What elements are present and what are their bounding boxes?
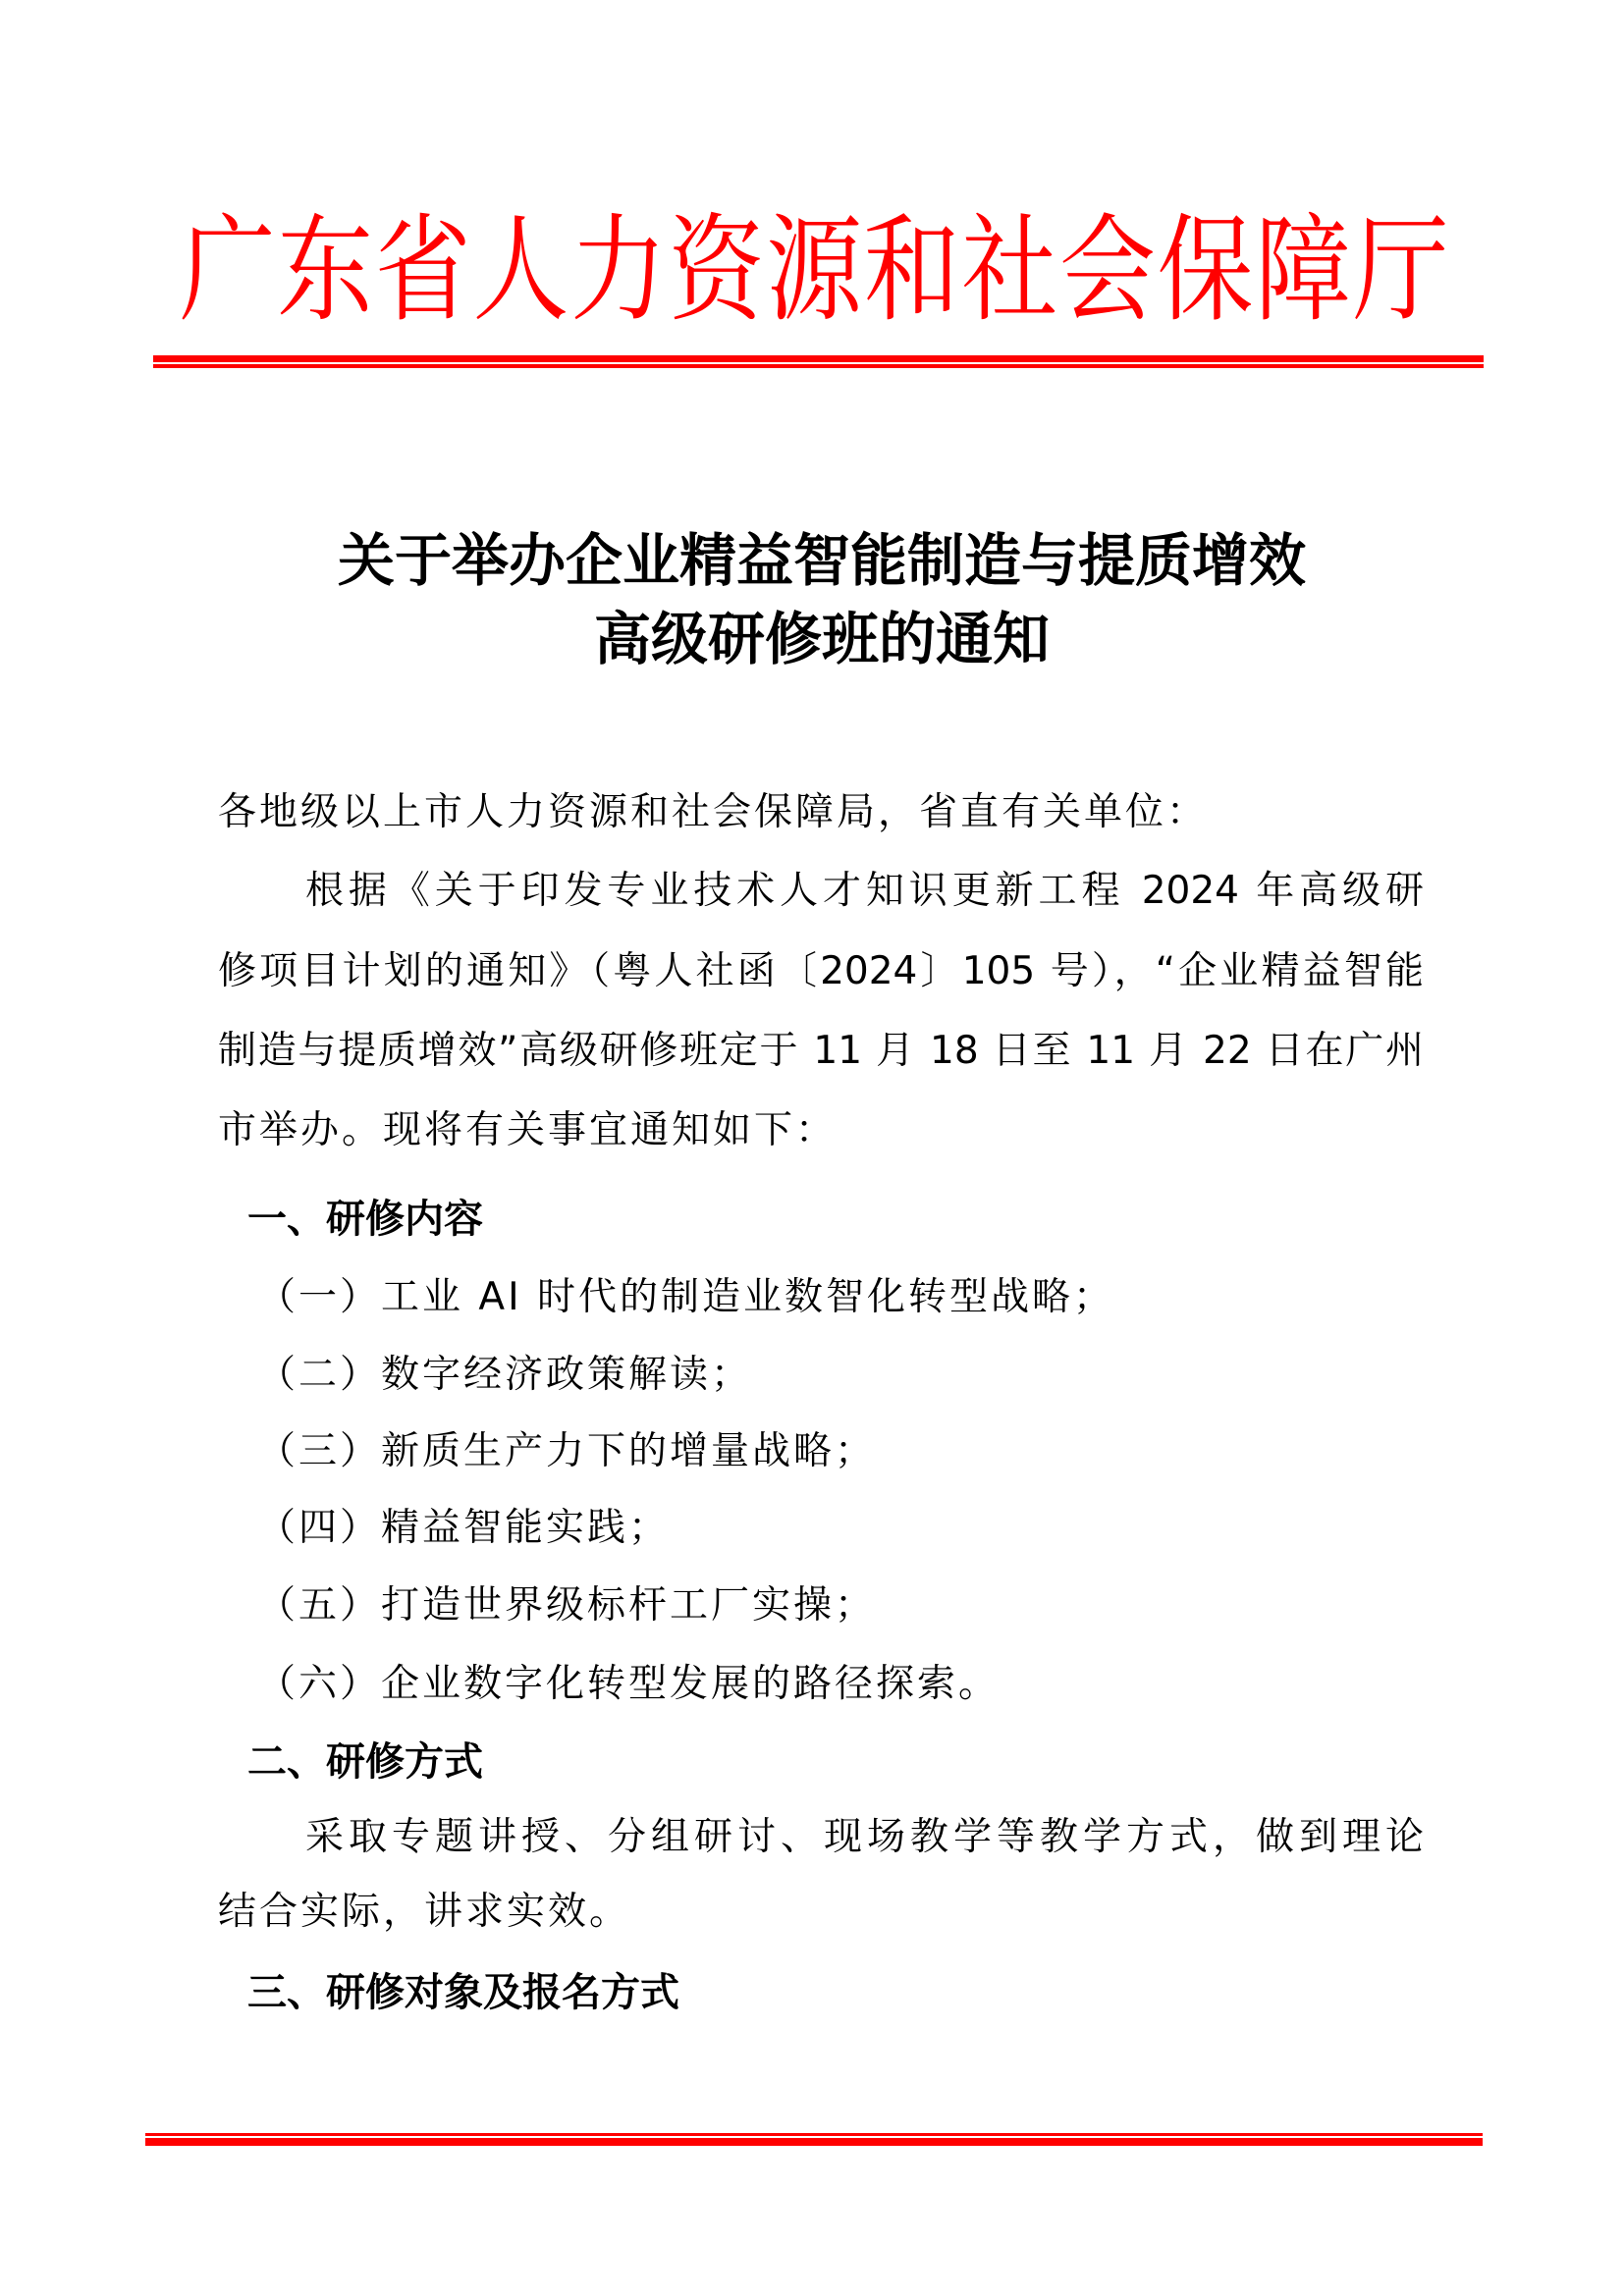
section-heading-content: 一、研修内容 — [247, 1198, 483, 1241]
document-title-line-1: 关于举办企业精益智能制造与提质增效 — [0, 532, 1624, 589]
content-item: （三）新质生产力下的增量战略； — [257, 1430, 876, 1473]
content-item: （二）数字经济政策解读； — [257, 1354, 752, 1397]
footer-rule-thin — [145, 2133, 1483, 2136]
section-heading-participants: 三、研修对象及报名方式 — [247, 1971, 679, 2014]
method-paragraph-line: 结合实际，讲求实效。 — [218, 1891, 630, 1934]
organization-header: 广东省人力资源和社会保障厅 — [261, 196, 1370, 344]
header-rule-thin — [153, 364, 1484, 368]
intro-paragraph-line: 市举办。现将有关事宜通知如下： — [218, 1109, 837, 1152]
content-item: （一）工业 AI 时代的制造业数智化转型战略； — [257, 1276, 1114, 1319]
content-item: （六）企业数字化转型发展的路径探索。 — [257, 1663, 1000, 1706]
content-item: （五）打造世界级标杆工厂实操； — [257, 1584, 876, 1628]
intro-paragraph-line: 根据《关于印发专业技术人才知识更新工程 2024 年高级研 — [305, 870, 1424, 913]
intro-paragraph-line: 制造与提质增效”高级研修班定于 11 月 18 日至 11 月 22 日在广州 — [218, 1030, 1424, 1073]
header-rule-thick — [153, 355, 1484, 362]
document-title-line-2: 高级研修班的通知 — [0, 611, 1624, 667]
section-heading-method: 二、研修方式 — [247, 1740, 483, 1784]
salutation: 各地级以上市人力资源和社会保障局，省直有关单位： — [218, 791, 1208, 834]
content-item: （四）精益智能实践； — [257, 1507, 670, 1550]
intro-paragraph-line: 修项目计划的通知》（粤人社函〔2024〕105 号），“企业精益智能 — [218, 950, 1424, 993]
footer-rule-thick — [145, 2138, 1483, 2146]
document-page: 广东省人力资源和社会保障厅 关于举办企业精益智能制造与提质增效 高级研修班的通知… — [0, 0, 1624, 2296]
method-paragraph-line: 采取专题讲授、分组研讨、现场教学等教学方式，做到理论 — [305, 1816, 1424, 1859]
